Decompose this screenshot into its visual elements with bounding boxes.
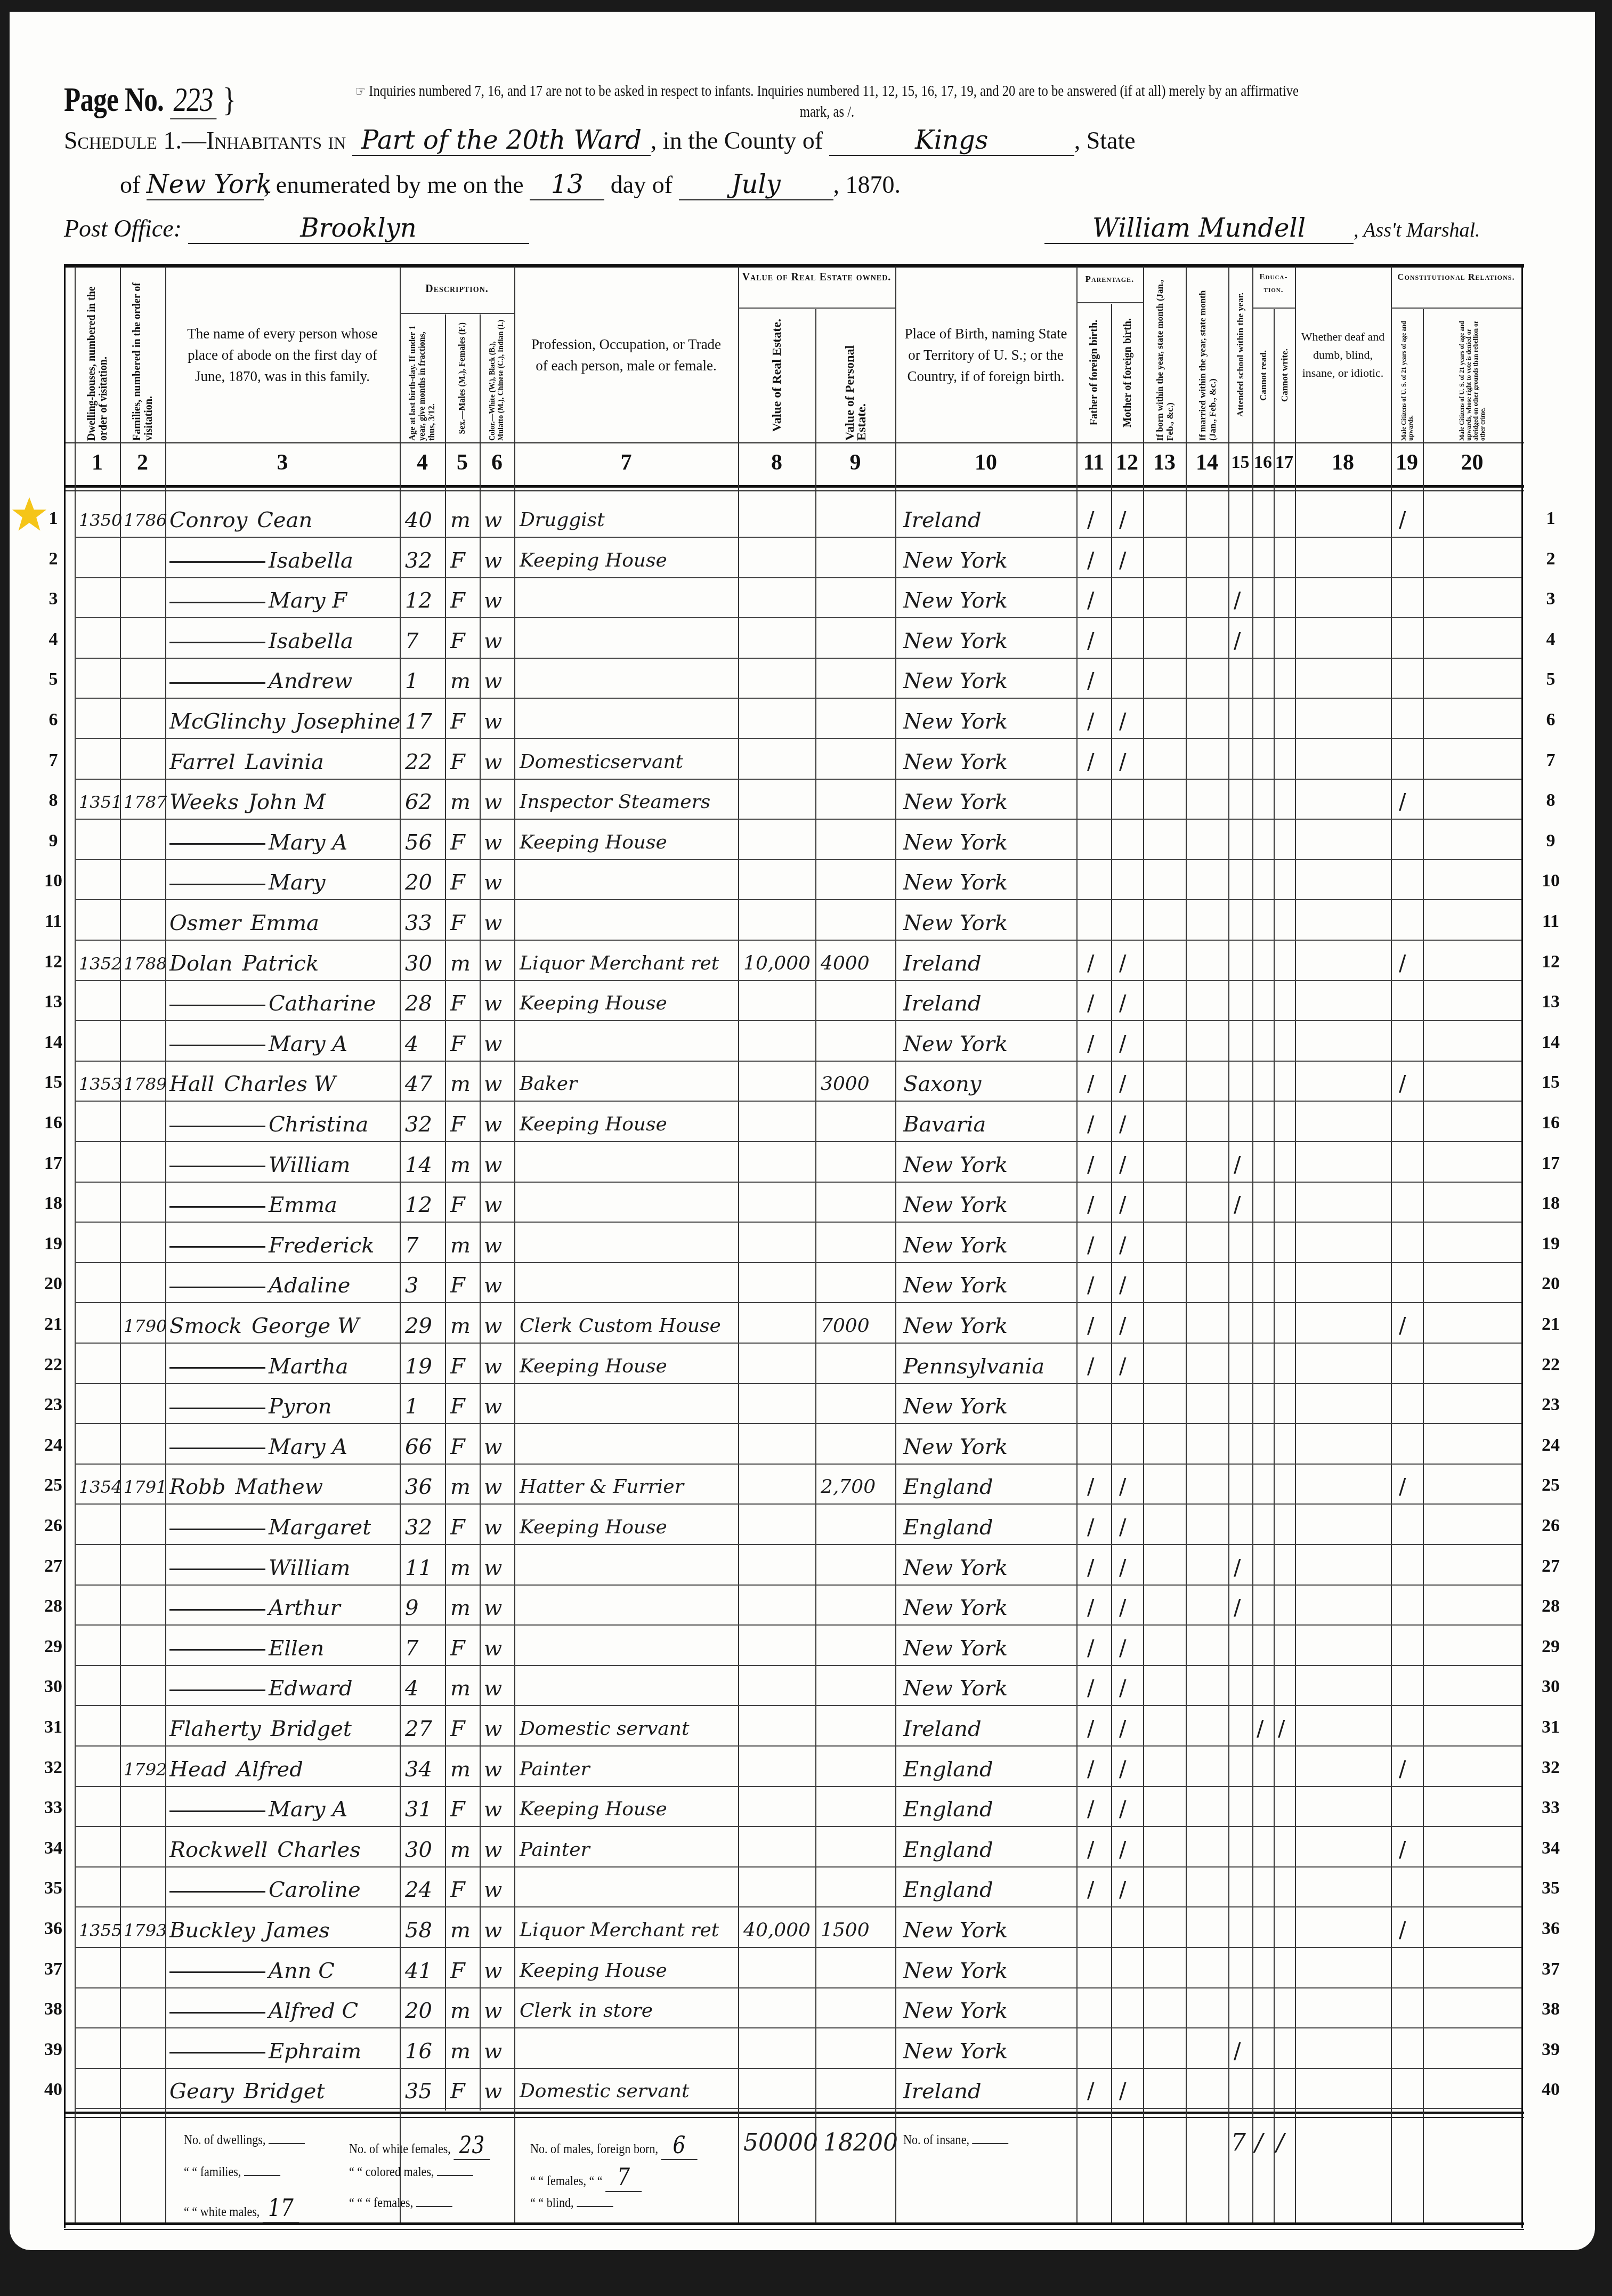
color: w — [484, 1546, 513, 1587]
citizen-mark: / — [1399, 1062, 1420, 1103]
father-foreign-mark: / — [1087, 1062, 1108, 1103]
sex: F — [450, 1788, 480, 1828]
color: w — [484, 1707, 513, 1748]
real-estate-value — [743, 1183, 815, 1224]
father-foreign-mark: / — [1087, 1586, 1108, 1627]
given-name: Patrick — [242, 951, 319, 976]
mother-foreign-mark: / — [1119, 1586, 1140, 1627]
citizen-mark — [1399, 579, 1420, 619]
cannot-read-mark — [1257, 1264, 1273, 1304]
color: w — [484, 1506, 513, 1546]
ditto-dash — [169, 1166, 265, 1167]
birthplace: New York — [903, 1425, 1074, 1466]
attended-school-mark — [1234, 1345, 1252, 1385]
dwelling-number — [79, 539, 119, 579]
mother-foreign-mark: / — [1119, 942, 1140, 982]
line-number-right: 20 — [1524, 1264, 1577, 1304]
citizen-mark: / — [1399, 1828, 1420, 1869]
citizen-mark — [1399, 861, 1420, 901]
sex: F — [450, 821, 480, 861]
dwelling-number — [79, 1788, 119, 1828]
given-name: Ephraim — [269, 2039, 361, 2064]
given-name: Pyron — [269, 1394, 331, 1419]
line-number-left: 6 — [32, 700, 75, 740]
cannot-read-mark — [1257, 1103, 1273, 1143]
age: 7 — [405, 619, 442, 660]
table-row: 99Mary A56FwKeeping HouseNew York — [0, 821, 1612, 861]
line-number-right: 16 — [1524, 1103, 1577, 1143]
citizen-mark — [1399, 1022, 1420, 1063]
cannot-write-mark — [1278, 982, 1294, 1022]
age: 56 — [405, 821, 442, 861]
color: w — [484, 539, 513, 579]
summary-males-foreign: No. of males, foreign born, 6 — [530, 2132, 698, 2160]
sex: F — [450, 619, 480, 660]
person-name: WeeksJohn M — [169, 780, 399, 821]
given-name: William — [269, 1556, 350, 1580]
occupation — [520, 1586, 738, 1627]
table-row: 1414Mary A4FwNew York// — [0, 1022, 1612, 1063]
attended-school-mark: / — [1234, 2030, 1252, 2070]
total-attended-school: 7 — [1231, 2129, 1246, 2156]
cannot-write-mark — [1278, 1546, 1294, 1587]
occupation — [520, 901, 738, 942]
family-number — [124, 659, 164, 700]
family-number — [124, 2069, 164, 2110]
table-row: 252513541791RobbMathew36mwHatter & Furri… — [0, 1465, 1612, 1506]
personal-estate-value — [821, 1828, 895, 1869]
dwelling-number: 1353 — [79, 1062, 119, 1103]
family-number — [124, 619, 164, 660]
locality-field: Part of the 20th Ward — [352, 125, 651, 156]
color: w — [484, 1264, 513, 1304]
ditto-dash — [169, 1045, 265, 1046]
father-foreign-mark: / — [1087, 1345, 1108, 1385]
table-row: 3535Caroline24FwEngland// — [0, 1868, 1612, 1909]
cannot-read-mark — [1257, 1828, 1273, 1869]
line-number-left: 37 — [32, 1949, 75, 1990]
ditto-dash — [169, 1810, 265, 1812]
personal-estate-value — [821, 1385, 895, 1425]
table-row: 21211790SmockGeorge W29mwClerk Custom Ho… — [0, 1304, 1612, 1345]
personal-estate-value — [821, 1989, 895, 2030]
given-name: Mary A — [269, 1032, 347, 1056]
dwelling-number — [79, 700, 119, 740]
table-row: 2727William11mwNew York/// — [0, 1546, 1612, 1587]
line-number-left: 20 — [32, 1264, 75, 1304]
citizen-mark — [1399, 982, 1420, 1022]
dwelling-number: 1350 — [79, 498, 119, 539]
line-number-right: 35 — [1524, 1868, 1577, 1909]
col-num-2: 2 — [120, 448, 165, 478]
personal-estate-value — [821, 740, 895, 781]
cannot-read-mark — [1257, 539, 1273, 579]
personal-estate-value — [821, 1345, 895, 1385]
age: 20 — [405, 1989, 442, 2030]
attended-school-mark — [1234, 740, 1252, 781]
attended-school-mark — [1234, 861, 1252, 901]
cannot-write-mark — [1278, 1586, 1294, 1627]
family-number — [124, 1546, 164, 1587]
col-19-header: Male Citizens of U. S. of 21 years of ag… — [1392, 310, 1422, 441]
cannot-write-mark — [1278, 1949, 1294, 1990]
table-row: 4040GearyBridget35FwDomestic servantIrel… — [0, 2069, 1612, 2110]
given-name: Frederick — [269, 1233, 374, 1258]
age: 30 — [405, 1828, 442, 1869]
age: 33 — [405, 901, 442, 942]
family-number: 1789 — [124, 1062, 164, 1103]
citizen-mark — [1399, 1425, 1420, 1466]
occupation — [520, 579, 738, 619]
occupation: Keeping House — [520, 1949, 738, 1990]
real-estate-value — [743, 982, 815, 1022]
father-foreign-mark: / — [1087, 1546, 1108, 1587]
age: 47 — [405, 1062, 442, 1103]
dwelling-number — [79, 1989, 119, 2030]
real-estate-value — [743, 1949, 815, 1990]
color: w — [484, 901, 513, 942]
col-12-header: Mother of foreign birth. — [1112, 305, 1143, 441]
color: w — [484, 1385, 513, 1425]
age: 34 — [405, 1748, 442, 1788]
real-estate-value — [743, 1667, 815, 1707]
father-foreign-mark: / — [1087, 942, 1108, 982]
attended-school-mark: / — [1234, 1586, 1252, 1627]
real-estate-value — [743, 539, 815, 579]
color: w — [484, 1627, 513, 1667]
line-number-left: 29 — [32, 1627, 75, 1667]
color: w — [484, 982, 513, 1022]
person-name: Mary A — [169, 1788, 399, 1828]
instructions-note: ☞ Inquiries numbered 7, 16, and 17 are n… — [346, 81, 1308, 122]
ditto-dash — [169, 1649, 265, 1651]
occupation — [520, 1546, 738, 1587]
ditto-dash — [169, 2012, 265, 2014]
citizen-mark — [1399, 1264, 1420, 1304]
col-num-18: 18 — [1295, 448, 1391, 478]
person-name: ConroyCean — [169, 498, 399, 539]
col-num-13: 13 — [1143, 448, 1186, 478]
person-name: Martha — [169, 1345, 399, 1385]
given-name: Alfred C — [269, 1999, 358, 2023]
cannot-write-mark — [1278, 619, 1294, 660]
color: w — [484, 1345, 513, 1385]
dwelling-number — [79, 1224, 119, 1264]
line-number-right: 7 — [1524, 740, 1577, 781]
age: 66 — [405, 1425, 442, 1466]
age: 30 — [405, 942, 442, 982]
given-name: Ellen — [269, 1636, 324, 1661]
occupation — [520, 1385, 738, 1425]
occupation: Keeping House — [520, 539, 738, 579]
birthplace: New York — [903, 1224, 1074, 1264]
occupation: Keeping House — [520, 1345, 738, 1385]
citizen-mark: / — [1399, 498, 1420, 539]
given-name: Bridget — [244, 2079, 325, 2104]
attended-school-mark: / — [1234, 1183, 1252, 1224]
mother-foreign-mark: / — [1119, 1304, 1140, 1345]
ditto-dash — [169, 1609, 265, 1611]
personal-estate-value: 1500 — [821, 1909, 895, 1949]
line-number-right: 28 — [1524, 1586, 1577, 1627]
line-number-right: 17 — [1524, 1143, 1577, 1184]
line-number-left: 36 — [32, 1909, 75, 1949]
real-estate-value: 10,000 — [743, 942, 815, 982]
col-1-header: Dwelling-houses, numbered in the order o… — [76, 269, 119, 441]
summary-insane: No. of insane, — [903, 2132, 1009, 2148]
given-name: Mathew — [235, 1475, 323, 1499]
father-foreign-mark: / — [1087, 1183, 1108, 1224]
color: w — [484, 1062, 513, 1103]
dwelling-number — [79, 901, 119, 942]
sex: m — [450, 2030, 480, 2070]
attended-school-mark — [1234, 1465, 1252, 1506]
personal-estate-value — [821, 1868, 895, 1909]
person-name: Mary — [169, 861, 399, 901]
ditto-dash — [169, 1367, 265, 1369]
mother-foreign-mark — [1119, 901, 1140, 942]
family-number — [124, 1586, 164, 1627]
birthplace: New York — [903, 821, 1074, 861]
given-name: Catharine — [269, 991, 376, 1016]
line-number-left: 11 — [32, 901, 75, 942]
personal-estate-value — [821, 1183, 895, 1224]
age: 41 — [405, 1949, 442, 1990]
table-row: 1313Catharine28FwKeeping HouseIreland// — [0, 982, 1612, 1022]
age: 14 — [405, 1143, 442, 1184]
citizen-mark: / — [1399, 1465, 1420, 1506]
personal-estate-value — [821, 1748, 895, 1788]
real-estate-value — [743, 1425, 815, 1466]
line-number-right: 27 — [1524, 1546, 1577, 1587]
line-number-right: 12 — [1524, 942, 1577, 982]
schedule-line: Schedule 1.—Inhabitants in Part of the 2… — [64, 125, 1136, 156]
dwelling-number — [79, 1506, 119, 1546]
attended-school-mark — [1234, 1909, 1252, 1949]
col-8-header: Value of Real Estate. — [739, 310, 815, 441]
line-number-right: 8 — [1524, 780, 1577, 821]
mother-foreign-mark: / — [1119, 700, 1140, 740]
month-field: July — [679, 169, 833, 200]
family-number — [124, 1828, 164, 1869]
person-name: Mary A — [169, 1022, 399, 1063]
sex: F — [450, 1264, 480, 1304]
attended-school-mark — [1234, 498, 1252, 539]
sex: m — [450, 1143, 480, 1184]
birthplace: New York — [903, 1143, 1074, 1184]
occupation — [520, 1627, 738, 1667]
cannot-read-mark — [1257, 942, 1273, 982]
table-top-rule — [64, 264, 1524, 268]
state-date-line: of New York, enumerated by me on the 13 … — [120, 169, 901, 200]
cannot-read-mark — [1257, 579, 1273, 619]
personal-estate-value: 2,700 — [821, 1465, 895, 1506]
cannot-write-mark — [1278, 1627, 1294, 1667]
family-number — [124, 1022, 164, 1063]
page-number-label: Page No. 223 } — [64, 80, 236, 119]
occupation: Clerk in store — [520, 1989, 738, 2030]
table-row: 151513531789HallCharles W47mwBaker3000Sa… — [0, 1062, 1612, 1103]
birthplace: New York — [903, 1385, 1074, 1425]
mother-foreign-mark: / — [1119, 1506, 1140, 1546]
mother-foreign-mark — [1119, 780, 1140, 821]
cannot-read-mark — [1257, 901, 1273, 942]
real-estate-value — [743, 821, 815, 861]
given-name: Margaret — [269, 1515, 371, 1540]
color: w — [484, 1586, 513, 1627]
family-number — [124, 1788, 164, 1828]
given-name: Isabella — [269, 629, 353, 653]
group-parentage: Parentage. — [1076, 273, 1143, 286]
given-name: Charles W — [224, 1072, 336, 1096]
color: w — [484, 498, 513, 539]
cannot-write-mark — [1278, 1748, 1294, 1788]
color: w — [484, 579, 513, 619]
marshal-name: William Mundell — [1044, 213, 1354, 244]
line-number-left: 19 — [32, 1224, 75, 1264]
cannot-write-mark — [1278, 1868, 1294, 1909]
table-row: 1616Christina32FwKeeping HouseBavaria// — [0, 1103, 1612, 1143]
col-3-header: The name of every person whose place of … — [176, 269, 389, 441]
cannot-read-mark — [1257, 659, 1273, 700]
sex: F — [450, 1627, 480, 1667]
person-name: Adaline — [169, 1264, 399, 1304]
col-num-11: 11 — [1076, 448, 1111, 478]
line-number-left: 32 — [32, 1748, 75, 1788]
dwelling-number — [79, 1586, 119, 1627]
family-number — [124, 700, 164, 740]
given-name: Mary F — [269, 588, 347, 613]
birthplace: England — [903, 1828, 1074, 1869]
attended-school-mark — [1234, 1707, 1252, 1748]
cannot-write-mark — [1278, 1183, 1294, 1224]
dwelling-number — [79, 1667, 119, 1707]
color: w — [484, 1748, 513, 1788]
color: w — [484, 2069, 513, 2110]
father-foreign-mark — [1087, 1385, 1108, 1425]
post-office-field: Brooklyn — [188, 213, 529, 244]
col-14-header: If married within the year, state month … — [1187, 269, 1228, 441]
cannot-write-mark — [1278, 740, 1294, 781]
dwelling-number — [79, 1627, 119, 1667]
summary-white-males: “ “ white males, 17 — [184, 2195, 299, 2223]
personal-estate-value — [821, 1707, 895, 1748]
line-number-left: 40 — [32, 2069, 75, 2110]
line-number-left: 15 — [32, 1062, 75, 1103]
person-name: Emma — [169, 1183, 399, 1224]
attended-school-mark — [1234, 1103, 1252, 1143]
table-row: 8813511787WeeksJohn M62mwInspector Steam… — [0, 780, 1612, 821]
birthplace: Bavaria — [903, 1103, 1074, 1143]
color: w — [484, 1304, 513, 1345]
sex: m — [450, 1909, 480, 1949]
dwelling-number — [79, 1103, 119, 1143]
summary-females-foreign: “ “ females, “ “ 7 — [530, 2164, 642, 2192]
color: w — [484, 740, 513, 781]
birthplace: New York — [903, 2030, 1074, 2070]
line-number-right: 5 — [1524, 659, 1577, 700]
sex: F — [450, 1868, 480, 1909]
sex: F — [450, 1506, 480, 1546]
real-estate-value — [743, 1022, 815, 1063]
citizen-mark — [1399, 1949, 1420, 1990]
line-number-right: 38 — [1524, 1989, 1577, 2030]
personal-estate-value — [821, 861, 895, 901]
occupation: Druggist — [520, 498, 738, 539]
real-estate-value — [743, 1224, 815, 1264]
mother-foreign-mark: / — [1119, 740, 1140, 781]
mother-foreign-mark — [1119, 1949, 1140, 1990]
father-foreign-mark: / — [1087, 498, 1108, 539]
cannot-write-mark — [1278, 1385, 1294, 1425]
color: w — [484, 861, 513, 901]
sex: m — [450, 1586, 480, 1627]
table-row: 363613551793BuckleyJames58mwLiquor Merch… — [0, 1909, 1612, 1949]
cannot-read-mark — [1257, 1546, 1273, 1587]
mother-foreign-mark — [1119, 1909, 1140, 1949]
family-number: 1791 — [124, 1465, 164, 1506]
mother-foreign-mark: / — [1119, 1546, 1140, 1587]
citizen-mark — [1399, 700, 1420, 740]
line-number-left: 22 — [32, 1345, 75, 1385]
given-name: Emma — [250, 911, 319, 935]
color: w — [484, 1425, 513, 1466]
line-number-right: 4 — [1524, 619, 1577, 660]
line-number-left: 2 — [32, 539, 75, 579]
table-row: 2424Mary A66FwNew York — [0, 1425, 1612, 1466]
cannot-read-mark — [1257, 1143, 1273, 1184]
cannot-read-mark — [1257, 1788, 1273, 1828]
table-row: 2323Pyron1FwNew York — [0, 1385, 1612, 1425]
total-real-estate: 50000 — [743, 2129, 818, 2156]
father-foreign-mark — [1087, 2030, 1108, 2070]
person-name: OsmerEmma — [169, 901, 399, 942]
color: w — [484, 1989, 513, 2030]
birthplace: England — [903, 1506, 1074, 1546]
age: 32 — [405, 539, 442, 579]
line-number-left: 16 — [32, 1103, 75, 1143]
col-20-header: Male Citizens of U. S. of 21 years of ag… — [1424, 310, 1521, 441]
real-estate-value — [743, 740, 815, 781]
occupation: Clerk Custom House — [520, 1304, 738, 1345]
line-number-left: 18 — [32, 1183, 75, 1224]
col-9-header: Value of Personal Estate. — [816, 310, 895, 441]
line-number-left: 9 — [32, 821, 75, 861]
surname: Smock — [169, 1314, 242, 1338]
father-foreign-mark: / — [1087, 1264, 1108, 1304]
total-cannot-read: / — [1255, 2129, 1263, 2156]
attended-school-mark — [1234, 1304, 1252, 1345]
sex: F — [450, 982, 480, 1022]
person-name: William — [169, 1143, 399, 1184]
given-name: Martha — [269, 1354, 349, 1379]
person-name: Mary F — [169, 579, 399, 619]
line-number-left: 1 — [32, 498, 75, 539]
family-number: 1788 — [124, 942, 164, 982]
father-foreign-mark: / — [1087, 1868, 1108, 1909]
age: 62 — [405, 780, 442, 821]
col-11-header: Father of foreign birth. — [1078, 305, 1111, 441]
age: 32 — [405, 1103, 442, 1143]
occupation — [520, 861, 738, 901]
mother-foreign-mark: / — [1119, 539, 1140, 579]
group-education: Educa-tion. — [1252, 271, 1295, 296]
citizen-mark — [1399, 1707, 1420, 1748]
citizen-mark — [1399, 821, 1420, 861]
ditto-dash — [169, 1971, 265, 1973]
data-bottom-rule-2 — [64, 2117, 1524, 2118]
mother-foreign-mark: / — [1119, 1345, 1140, 1385]
